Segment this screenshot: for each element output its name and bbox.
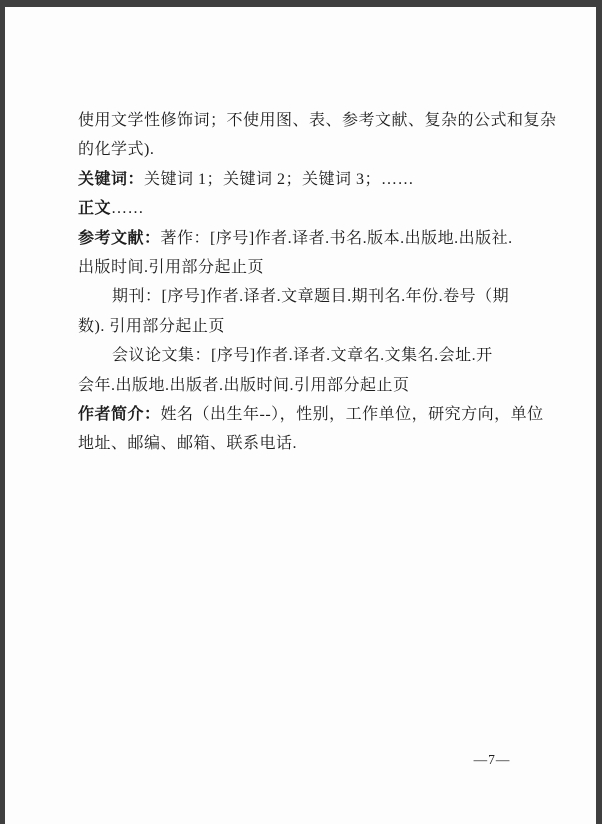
text-line: 的化学式).: [78, 135, 546, 164]
text-line-body-label: 正文……: [78, 194, 546, 223]
scan-backdrop: 使用文学性修饰词；不使用图、表、参考文献、复杂的公式和复杂 的化学式). 关键词…: [0, 0, 602, 824]
author-bio-label: 作者简介：: [78, 406, 161, 423]
text-line-references: 参考文献：著作：[序号]作者.译者.书名.版本.出版地.出版社.: [78, 224, 546, 253]
main-text-ellipsis: ……: [111, 200, 144, 217]
references-book-format: 著作：[序号]作者.译者.书名.版本.出版地.出版社.: [161, 230, 513, 247]
text-line-proceedings-format: 会议论文集：[序号]作者.译者.文章名.文集名.会址.开: [78, 341, 546, 370]
text-line-journal-format: 期刊：[序号]作者.译者.文章题目.期刊名.年份.卷号（期: [78, 282, 546, 311]
keywords-label: 关键词：: [78, 171, 144, 188]
references-label: 参考文献：: [78, 230, 161, 247]
text-line-keywords: 关键词：关键词 1；关键词 2；关键词 3；……: [78, 165, 546, 194]
paragraph-text: 期刊：[序号]作者.译者.文章题目.期刊名.年份.卷号（期: [112, 288, 509, 305]
page-number: —7—: [461, 752, 523, 768]
main-text-label: 正文: [78, 200, 111, 217]
paragraph-text: 会议论文集：[序号]作者.译者.文章名.文集名.会址.开: [112, 347, 493, 364]
paragraph-text: 的化学式).: [78, 141, 154, 158]
text-line-author-bio: 作者简介：姓名（出生年--），性别，工作单位，研究方向，单位: [78, 400, 546, 429]
text-line: 地址、邮编、邮箱、联系电话.: [78, 429, 546, 458]
document-body-text: 使用文学性修饰词；不使用图、表、参考文献、复杂的公式和复杂 的化学式). 关键词…: [78, 106, 546, 459]
paragraph-text: 使用文学性修饰词；不使用图、表、参考文献、复杂的公式和复杂: [78, 112, 557, 129]
text-line: 数). 引用部分起止页: [78, 312, 546, 341]
paragraph-text: 出版时间.引用部分起止页: [78, 259, 264, 276]
author-bio-text: 姓名（出生年--），性别，工作单位，研究方向，单位: [161, 406, 544, 423]
paragraph-text: 会年.出版地.出版者.出版时间.引用部分起止页: [78, 377, 410, 394]
text-line: 出版时间.引用部分起止页: [78, 253, 546, 282]
paragraph-text: 地址、邮编、邮箱、联系电话.: [78, 435, 297, 452]
text-line: 使用文学性修饰词；不使用图、表、参考文献、复杂的公式和复杂: [78, 106, 546, 135]
text-line: 会年.出版地.出版者.出版时间.引用部分起止页: [78, 371, 546, 400]
document-page: 使用文学性修饰词；不使用图、表、参考文献、复杂的公式和复杂 的化学式). 关键词…: [5, 7, 596, 824]
paragraph-text: 数). 引用部分起止页: [78, 318, 225, 335]
keywords-text: 关键词 1；关键词 2；关键词 3；……: [144, 171, 414, 188]
